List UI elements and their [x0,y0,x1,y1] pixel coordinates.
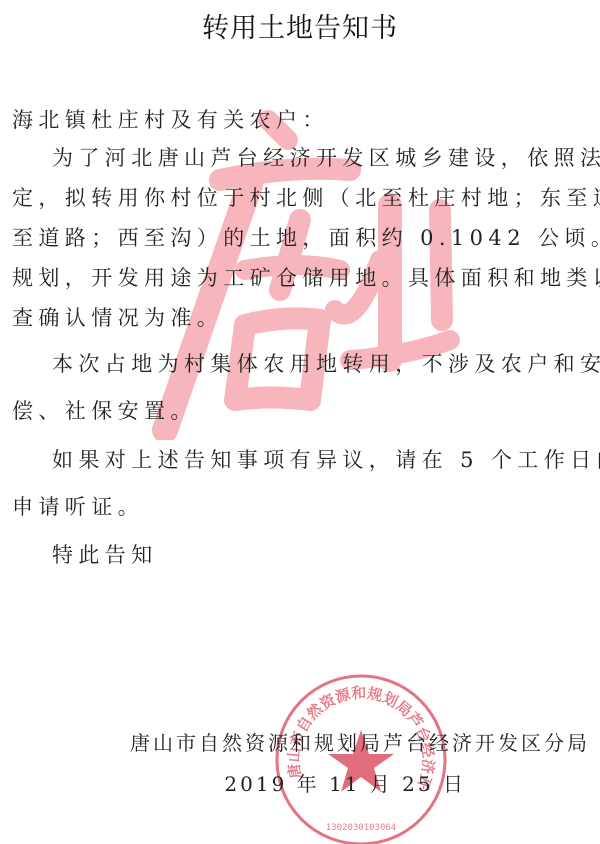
closing-line: 特此告知 [52,539,158,569]
salutation: 海北镇杜庄村及有关农户： [12,104,329,134]
paragraph-line: 申请听证。 [12,491,144,521]
paragraph-line: 规划，开发用途为工矿仓储用地。具体面积和地类以土地调 [12,262,600,292]
paragraph-line: 为了河北唐山芦台经济开发区城乡建设，依照法律规 [52,142,600,172]
paragraph-line: 至道路；西至沟）的土地，面积约 0.1042 公顷。依照城镇 [12,222,600,252]
issuer-name: 唐山市自然资源和规划局芦台经济开发区分局 [130,727,590,756]
paragraph-line: 定，拟转用你村位于村北侧（北至杜庄村地；东至道路；南 [12,182,600,212]
issue-date: 2019 年 11 月 25 日 [224,768,466,797]
paragraph-line: 如果对上述告知事项有异议，请在 5 个工作日内向我局 [52,444,600,474]
paragraph-line: 本次占地为村集体农用地转用，不涉及农户和安置补 [52,348,600,378]
paragraph-line: 查确认情况为准。 [12,302,223,332]
paragraph-line: 偿、社保安置。 [12,395,197,425]
